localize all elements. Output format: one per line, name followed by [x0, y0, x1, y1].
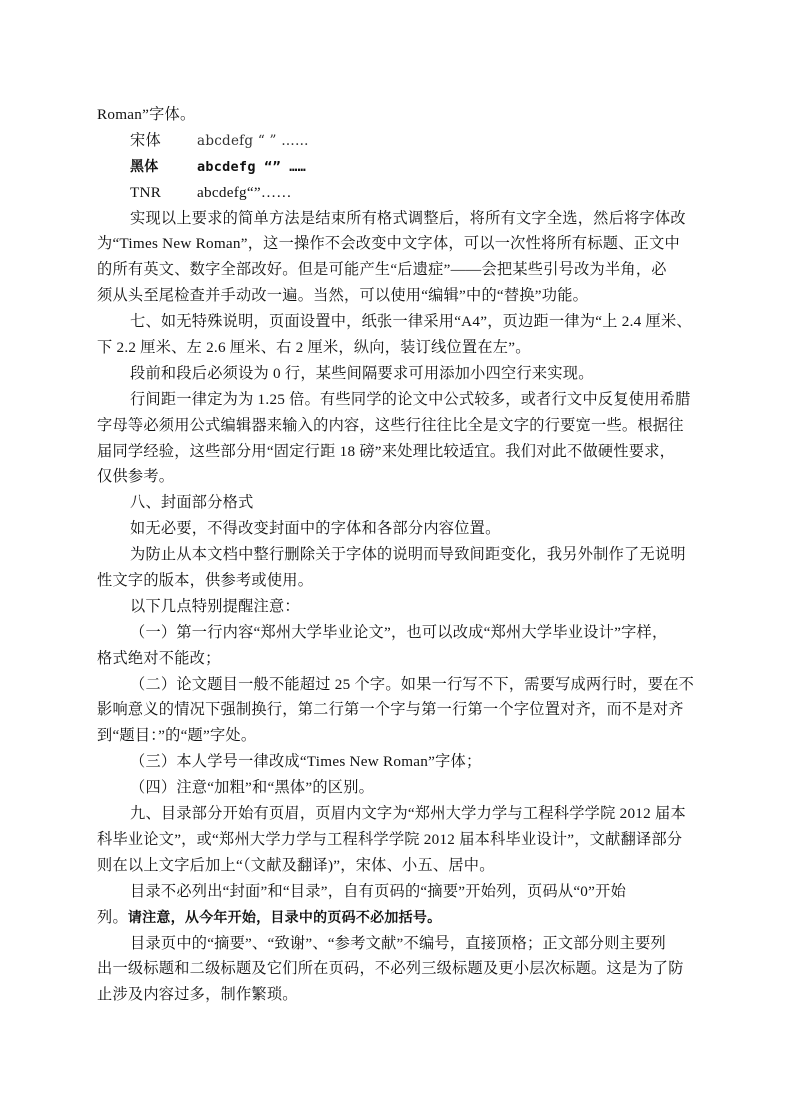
font-sample-label: TNR [130, 180, 193, 206]
paragraph-cover-unchanged: 如无必要，不得改变封面中的字体和各部分内容位置。 [97, 516, 699, 542]
font-sample-label: 宋体 [130, 128, 193, 154]
text-line: 以下几点特别提醒注意： [97, 594, 699, 620]
paragraph-section-7-page-setup: 七、如无特殊说明，页面设置中，纸张一律采用“A4”，页边距一律为“上 2.4 厘… [97, 309, 699, 361]
text-line: （一）第一行内容“郑州大学毕业论文”，也可以改成“郑州大学毕业设计”字样， [97, 620, 699, 646]
text-line: 目录不必列出“封面”和“目录”，自有页码的“摘要”开始列，页码从“0”开始 [97, 879, 699, 905]
text-line: 列。请注意，从今年开始，目录中的页码不必加括号。 [97, 905, 699, 931]
text-line: 行间距一律定为为 1.25 倍。有些同学的论文中公式较多，或者行文中反复使用希腊 [97, 387, 699, 413]
bold-notice: 请注意，从今年开始，目录中的页码不必加括号。 [128, 910, 442, 926]
text-line: 影响意义的情况下强制换行，第二行第一个字与第一行第一个字位置对齐，而不是对齐 [97, 697, 699, 723]
note-item-2: （二）论文题目一般不能超过 25 个字。如果一行写不下，需要写成两行时，要在不 … [97, 672, 699, 750]
paragraph-line-spacing: 行间距一律定为为 1.25 倍。有些同学的论文中公式较多，或者行文中反复使用希腊… [97, 387, 699, 491]
text-line: Roman”字体。 [97, 102, 699, 128]
text-line: 下 2.2 厘米、左 2.6 厘米、右 2 厘米，纵向，装订线位置在左”。 [97, 335, 699, 361]
text-line: 格式绝对不能改； [97, 646, 699, 672]
paragraph-spacing: 段前和段后必须设为 0 行，某些间隔要求可用添加小四空行来实现。 [97, 361, 699, 387]
paragraph-font-replace: 实现以上要求的简单方法是结束所有格式调整后，将所有文字全选，然后将字体改 为“T… [97, 206, 699, 310]
text-line: 为“Times New Roman”，这一操作不会改变中文字体，可以一次性将所有… [97, 231, 699, 257]
text-line: 出一级标题和二级标题及它们所在页码，不必列三级标题及更小层次标题。这是为了防 [97, 956, 699, 982]
font-sample-label: 黑体 [130, 155, 193, 181]
text-line: 字母等必须用公式编辑器来输入的内容，这些行往往比全是文字的行要宽一些。根据往 [97, 413, 699, 439]
section-heading-8-cover: 八、封面部分格式 [97, 490, 699, 516]
text-line: 为防止从本文档中整行删除关于字体的说明而导致间距变化，我另外制作了无说明 [97, 542, 699, 568]
text-line: 的所有英文、数字全部改好。但是可能产生“后遗症”——会把某些引号改为半角，必 [97, 257, 699, 283]
font-sample-heiti: 黑体 abcdefg “” …… [97, 154, 699, 180]
text-line: 仅供参考。 [97, 464, 699, 490]
text-line: 性文字的版本，供参考或使用。 [97, 568, 699, 594]
paragraph-alt-version: 为防止从本文档中整行删除关于字体的说明而导致间距变化，我另外制作了无说明 性文字… [97, 542, 699, 594]
text-run: 列。 [97, 909, 128, 926]
font-sample-songti: 宋体 abcdefg “ ” …… [97, 128, 699, 154]
note-item-4: （四）注意“加粗”和“黑体”的区别。 [97, 775, 699, 801]
document-body: Roman”字体。 宋体 abcdefg “ ” …… 黑体 abcdefg “… [97, 102, 699, 1008]
font-sample-text: abcdefg“”…… [197, 180, 292, 206]
font-sample-tnr: TNR abcdefg“”…… [97, 180, 699, 206]
text-line: （四）注意“加粗”和“黑体”的区别。 [97, 775, 699, 801]
paragraph-toc-entries: 目录页中的“摘要”、“致谢”、“参考文献”不编号，直接顶格；正文部分则主要列 出… [97, 931, 699, 1009]
text-line: 届同学经验，这些部分用“固定行距 18 磅”来处理比较适宜。我们对此不做硬性要求… [97, 439, 699, 465]
text-line: 段前和段后必须设为 0 行，某些间隔要求可用添加小四空行来实现。 [97, 361, 699, 387]
text-line: 实现以上要求的简单方法是结束所有格式调整后，将所有文字全选，然后将字体改 [97, 206, 699, 232]
text-line: （三）本人学号一律改成“Times New Roman”字体； [97, 749, 699, 775]
text-line: 九、目录部分开始有页眉，页眉内文字为“郑州大学力学与工程科学学院 2012 届本 [97, 801, 699, 827]
paragraph-notes-intro: 以下几点特别提醒注意： [97, 594, 699, 620]
font-sample-text: abcdefg “ ” …… [197, 129, 309, 155]
text-line: 止涉及内容过多，制作繁琐。 [97, 982, 699, 1008]
document-page: Roman”字体。 宋体 abcdefg “ ” …… 黑体 abcdefg “… [0, 0, 792, 1120]
paragraph-section-9-header: 九、目录部分开始有页眉，页眉内文字为“郑州大学力学与工程科学学院 2012 届本… [97, 801, 699, 879]
text-line: 七、如无特殊说明，页面设置中，纸张一律采用“A4”，页边距一律为“上 2.4 厘… [97, 309, 699, 335]
text-line: 八、封面部分格式 [97, 490, 699, 516]
text-line: （二）论文题目一般不能超过 25 个字。如果一行写不下，需要写成两行时，要在不 [97, 672, 699, 698]
text-line: 如无必要，不得改变封面中的字体和各部分内容位置。 [97, 516, 699, 542]
text-line: 则在以上文字后加上“（文献及翻译)”，宋体、小五、居中。 [97, 853, 699, 879]
note-item-3: （三）本人学号一律改成“Times New Roman”字体； [97, 749, 699, 775]
text-line: 须从头至尾检查并手动改一遍。当然，可以使用“编辑”中的“替换”功能。 [97, 283, 699, 309]
font-sample-text: abcdefg “” …… [197, 155, 306, 181]
text-line: 科毕业论文”，或“郑州大学力学与工程科学学院 2012 届本科毕业设计”，文献翻… [97, 827, 699, 853]
paragraph-toc-rules: 目录不必列出“封面”和“目录”，自有页码的“摘要”开始列，页码从“0”开始 列。… [97, 879, 699, 931]
note-item-1: （一）第一行内容“郑州大学毕业论文”，也可以改成“郑州大学毕业设计”字样， 格式… [97, 620, 699, 672]
text-line: 到“题目：”的“题”字处。 [97, 723, 699, 749]
text-line: 目录页中的“摘要”、“致谢”、“参考文献”不编号，直接顶格；正文部分则主要列 [97, 931, 699, 957]
